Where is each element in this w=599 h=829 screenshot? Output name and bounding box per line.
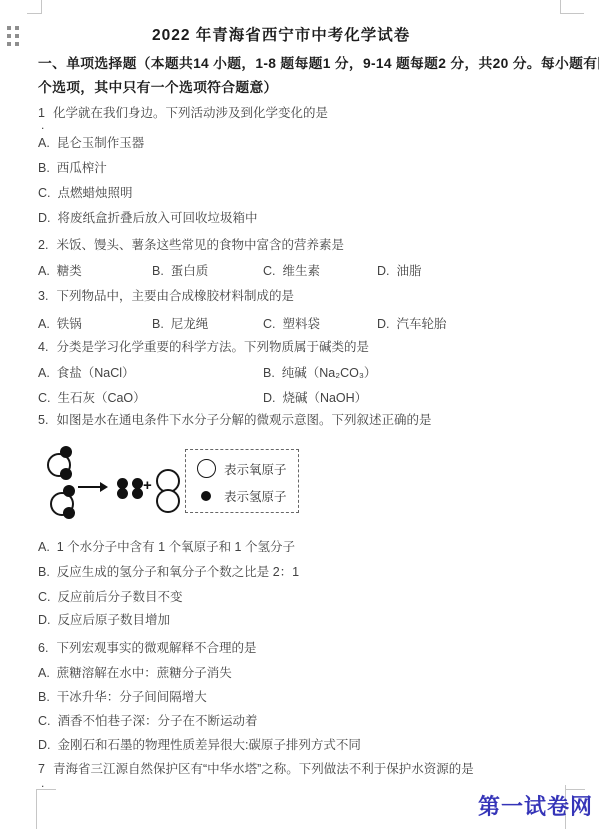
question-4-option-d: D. 烧碱（NaOH）: [263, 388, 367, 406]
reaction-arrow: [100, 482, 108, 492]
question-3-stem: 3.下列物品中，主要由合成橡胶材料制成的是: [38, 289, 294, 304]
question-2-option-a: A. 糖类: [38, 261, 82, 279]
question-6-number: 6.: [38, 641, 48, 656]
crop-mark-top-right: [560, 13, 584, 14]
section-heading-line-2: 个选项，其中只有一个选项符合题意）: [38, 76, 278, 96]
paper-title: 2022 年青海省西宁市中考化学试卷: [152, 23, 410, 45]
question-3-options-row: A. 铁锅 B. 尼龙绳 C. 塑料袋 D. 汽车轮胎: [38, 314, 558, 330]
question-6-option-d: D. 金刚石和石墨的物理性质差异很大:碳原子排列方式不同: [38, 738, 361, 753]
plus-sign: +: [143, 477, 152, 494]
question-1-option-a: A. 昆仑玉制作玉器: [38, 136, 144, 151]
hydrogen-atom: [117, 488, 128, 499]
question-7-stem: 7青海省三江源自然保护区有“中华水塔”之称。下列做法不利于保护水资源的是: [38, 762, 474, 777]
question-7-number: 7: [38, 762, 45, 777]
question-6-option-c: C. 酒香不怕巷子深：分子在不断运动着: [38, 714, 257, 729]
exam-page: 2022 年青海省西宁市中考化学试卷 一、单项选择题（本题共14 小题，1-8 …: [0, 0, 599, 829]
oxygen-atom: [156, 489, 180, 513]
crop-mark-top-right: [560, 0, 561, 14]
legend-oxygen-label: 表示氧原子: [224, 460, 287, 478]
hydrogen-atom: [60, 446, 72, 458]
question-1-option-b: B. 西瓜榨汁: [38, 161, 107, 176]
question-4-option-b: B. 纯碱（Na₂CO₃）: [263, 363, 376, 381]
question-2-number: 2.: [38, 238, 48, 253]
question-2-options-row: A. 糖类 B. 蛋白质 C. 维生素 D. 油脂: [38, 261, 558, 277]
question-4-stem: 4.分类是学习化学重要的科学方法。下列物质属于碱类的是: [38, 340, 369, 355]
question-5-option-a: A. 1 个水分子中含有 1 个氧原子和 1 个氢分子: [38, 540, 295, 555]
question-3-number: 3.: [38, 289, 48, 304]
question-6-stem: 6.下列宏观事实的微观解释不合理的是: [38, 641, 256, 656]
question-4-option-a: A. 食盐（NaCl）: [38, 363, 135, 381]
hydrogen-atom: [132, 488, 143, 499]
hydrogen-atom: [63, 507, 75, 519]
question-2-stem: 2.米饭、馒头、薯条这些常见的食物中富含的营养素是: [38, 238, 344, 253]
crop-mark-top-left: [41, 0, 42, 14]
hydrogen-atom: [63, 485, 75, 497]
question-1-stem: 1化学就在我们身边。下列活动涉及到化学变化的是: [38, 106, 328, 121]
crop-mark-top-left: [27, 13, 42, 14]
hydrogen-atom: [60, 468, 72, 480]
reaction-arrow: [78, 486, 101, 488]
question-5-number: 5.: [38, 413, 48, 428]
question-5-option-b: B. 反应生成的氢分子和氧分子个数之比是 2：1: [38, 565, 299, 580]
question-5-stem: 5.如图是水在通电条件下水分子分解的微观示意图。下列叙述正确的是: [38, 413, 431, 428]
question-4-options-row-2: C. 生石灰（CaO） D. 烧碱（NaOH）: [38, 388, 558, 404]
crop-mark-bottom-left: [36, 789, 37, 829]
watermark-site-name: 第一试卷网: [478, 790, 593, 821]
legend-box: 表示氧原子 表示氢原子: [185, 449, 299, 513]
drag-handle-icon[interactable]: [7, 26, 19, 48]
question-4-options-row-1: A. 食盐（NaCl） B. 纯碱（Na₂CO₃）: [38, 363, 558, 379]
question-1-option-c: C. 点燃蜡烛照明: [38, 186, 132, 201]
question-4-option-c: C. 生石灰（CaO）: [38, 388, 146, 406]
question-1-stray-dot: .: [41, 118, 44, 132]
water-decomposition-diagram: + 表示氧原子 表示氢原子: [38, 441, 318, 519]
question-3-option-d: D. 汽车轮胎: [377, 314, 446, 332]
section-heading-line-1: 一、单项选择题（本题共14 小题，1-8 题每题1 分，9-14 题每题2 分，…: [38, 52, 599, 72]
crop-mark-bottom-left: [36, 789, 56, 790]
legend-hydrogen-symbol: [201, 491, 211, 501]
question-4-number: 4.: [38, 340, 48, 355]
question-5-option-d: D. 反应后原子数目增加: [38, 613, 170, 628]
question-2-option-c: C. 维生素: [263, 261, 320, 279]
question-3-option-b: B. 尼龙绳: [152, 314, 208, 332]
legend-hydrogen-label: 表示氢原子: [224, 487, 287, 505]
question-2-option-b: B. 蛋白质: [152, 261, 208, 279]
question-5-option-c: C. 反应前后分子数目不变: [38, 590, 182, 605]
question-6-option-b: B. 干冰升华：分子间间隔增大: [38, 690, 207, 705]
question-3-option-a: A. 铁锅: [38, 314, 82, 332]
question-2-option-d: D. 油脂: [377, 261, 421, 279]
question-7-stray-dot: .: [41, 776, 44, 790]
legend-oxygen-symbol: [197, 459, 216, 478]
question-6-option-a: A. 蔗糖溶解在水中：蔗糖分子消失: [38, 666, 232, 681]
question-1-option-d: D. 将废纸盒折叠后放入可回收垃圾箱中: [38, 211, 257, 226]
question-3-option-c: C. 塑料袋: [263, 314, 320, 332]
